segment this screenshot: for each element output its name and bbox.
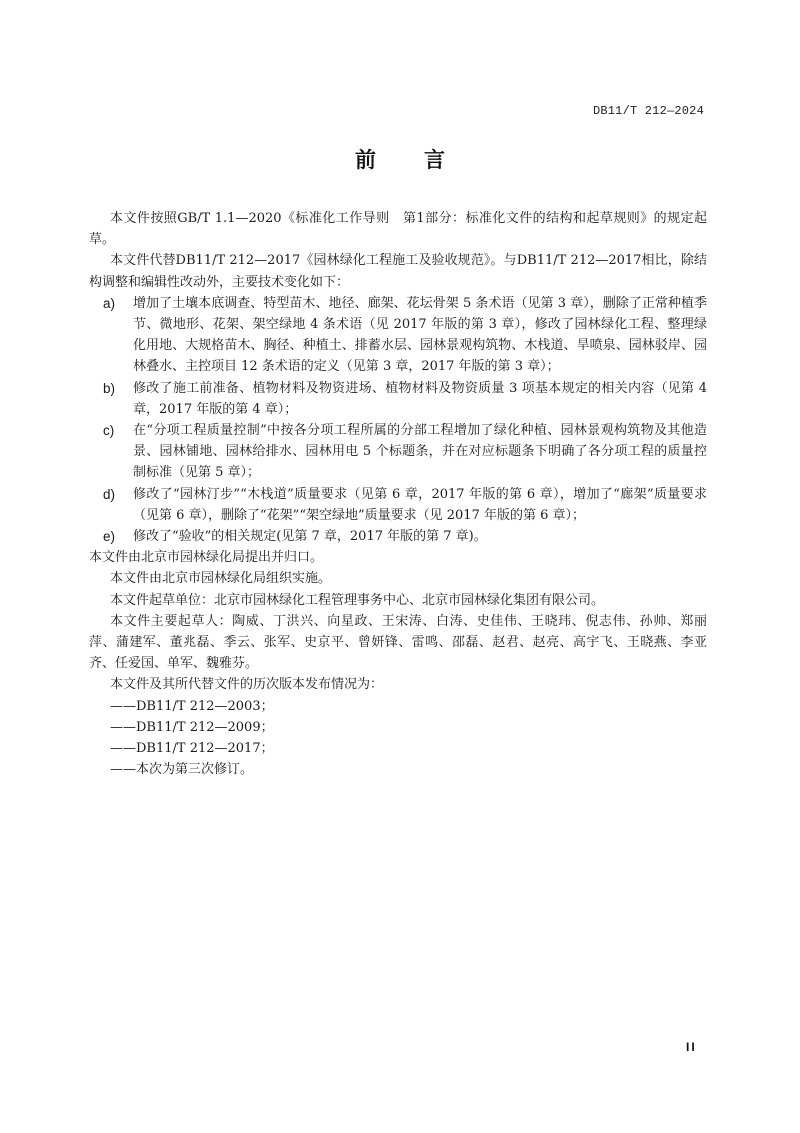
foreword-body: 本文件按照GB/T 1.1—2020《标准化工作导则 第1部分：标准化文件的结构… [89,208,707,780]
paragraph-drafters: 本文件主要起草人：陶威、丁洪兴、向星政、王宋涛、白涛、史佳伟、王晓玮、倪志伟、孙… [89,611,707,675]
list-marker: b) [103,378,115,399]
paragraph-proposed-by: 本文件由北京市园林绿化局提出并归口。 [89,547,707,568]
paragraph-drafting-basis: 本文件按照GB/T 1.1—2020《标准化工作导则 第1部分：标准化文件的结构… [89,208,707,250]
change-item-d: d) 修改了“园林汀步”“木栈道”质量要求（见第 6 章，2017 年版的第 6… [89,484,707,526]
history-item: ——DB11/T 212—2003； [89,696,707,717]
change-text: 修改了施工前准备、植物材料及物资进场、植物材料及物资质量 3 项基本规定的相关内… [133,381,707,417]
paragraph-organized-by: 本文件由北京市园林绿化局组织实施。 [89,568,707,589]
change-item-c: c) 在“分项工程质量控制”中按各分项工程所属的分部工程增加了绿化种植、园林景观… [89,420,707,484]
page-number: II [686,1040,697,1054]
change-text: 修改了“验收”的相关规定(见第 7 章，2017 年版的第 7 章)。 [133,529,487,544]
paragraph-history-intro: 本文件及其所代替文件的历次版本发布情况为： [89,674,707,695]
paragraph-drafting-units: 本文件起草单位：北京市园林绿化工程管理事务中心、北京市园林绿化集团有限公司。 [89,590,707,611]
change-text: 修改了“园林汀步”“木栈道”质量要求（见第 6 章，2017 年版的第 6 章）… [133,487,707,523]
history-item: ——本次为第三次修订。 [89,759,707,780]
title-char-1: 前 [355,144,376,174]
document-code: DB11/T 212—2024 [593,104,704,118]
paragraph-replacement: 本文件代替DB11/T 212—2017《园林绿化工程施工及验收规范》。与DB1… [89,250,707,292]
list-marker: c) [103,420,114,441]
change-text: 增加了土壤本底调查、特型苗木、地径、廊架、花坛骨架 5 条术语（见第 3 章），… [133,296,707,375]
history-item: ——DB11/T 212—2017； [89,738,707,759]
history-item: ——DB11/T 212—2009； [89,717,707,738]
change-item-b: b) 修改了施工前准备、植物材料及物资进场、植物材料及物资质量 3 项基本规定的… [89,378,707,420]
page-title: 前言 [0,144,800,174]
list-marker: a) [103,293,115,314]
list-marker: d) [103,484,115,505]
change-text: 在“分项工程质量控制”中按各分项工程所属的分部工程增加了绿化种植、园林景观构筑物… [133,423,707,480]
list-marker: e) [103,526,115,547]
change-item-a: a) 增加了土壤本底调查、特型苗木、地径、廊架、花坛骨架 5 条术语（见第 3 … [89,293,707,378]
change-item-e: e) 修改了“验收”的相关规定(见第 7 章，2017 年版的第 7 章)。 [89,526,707,547]
title-char-2: 言 [424,144,445,174]
